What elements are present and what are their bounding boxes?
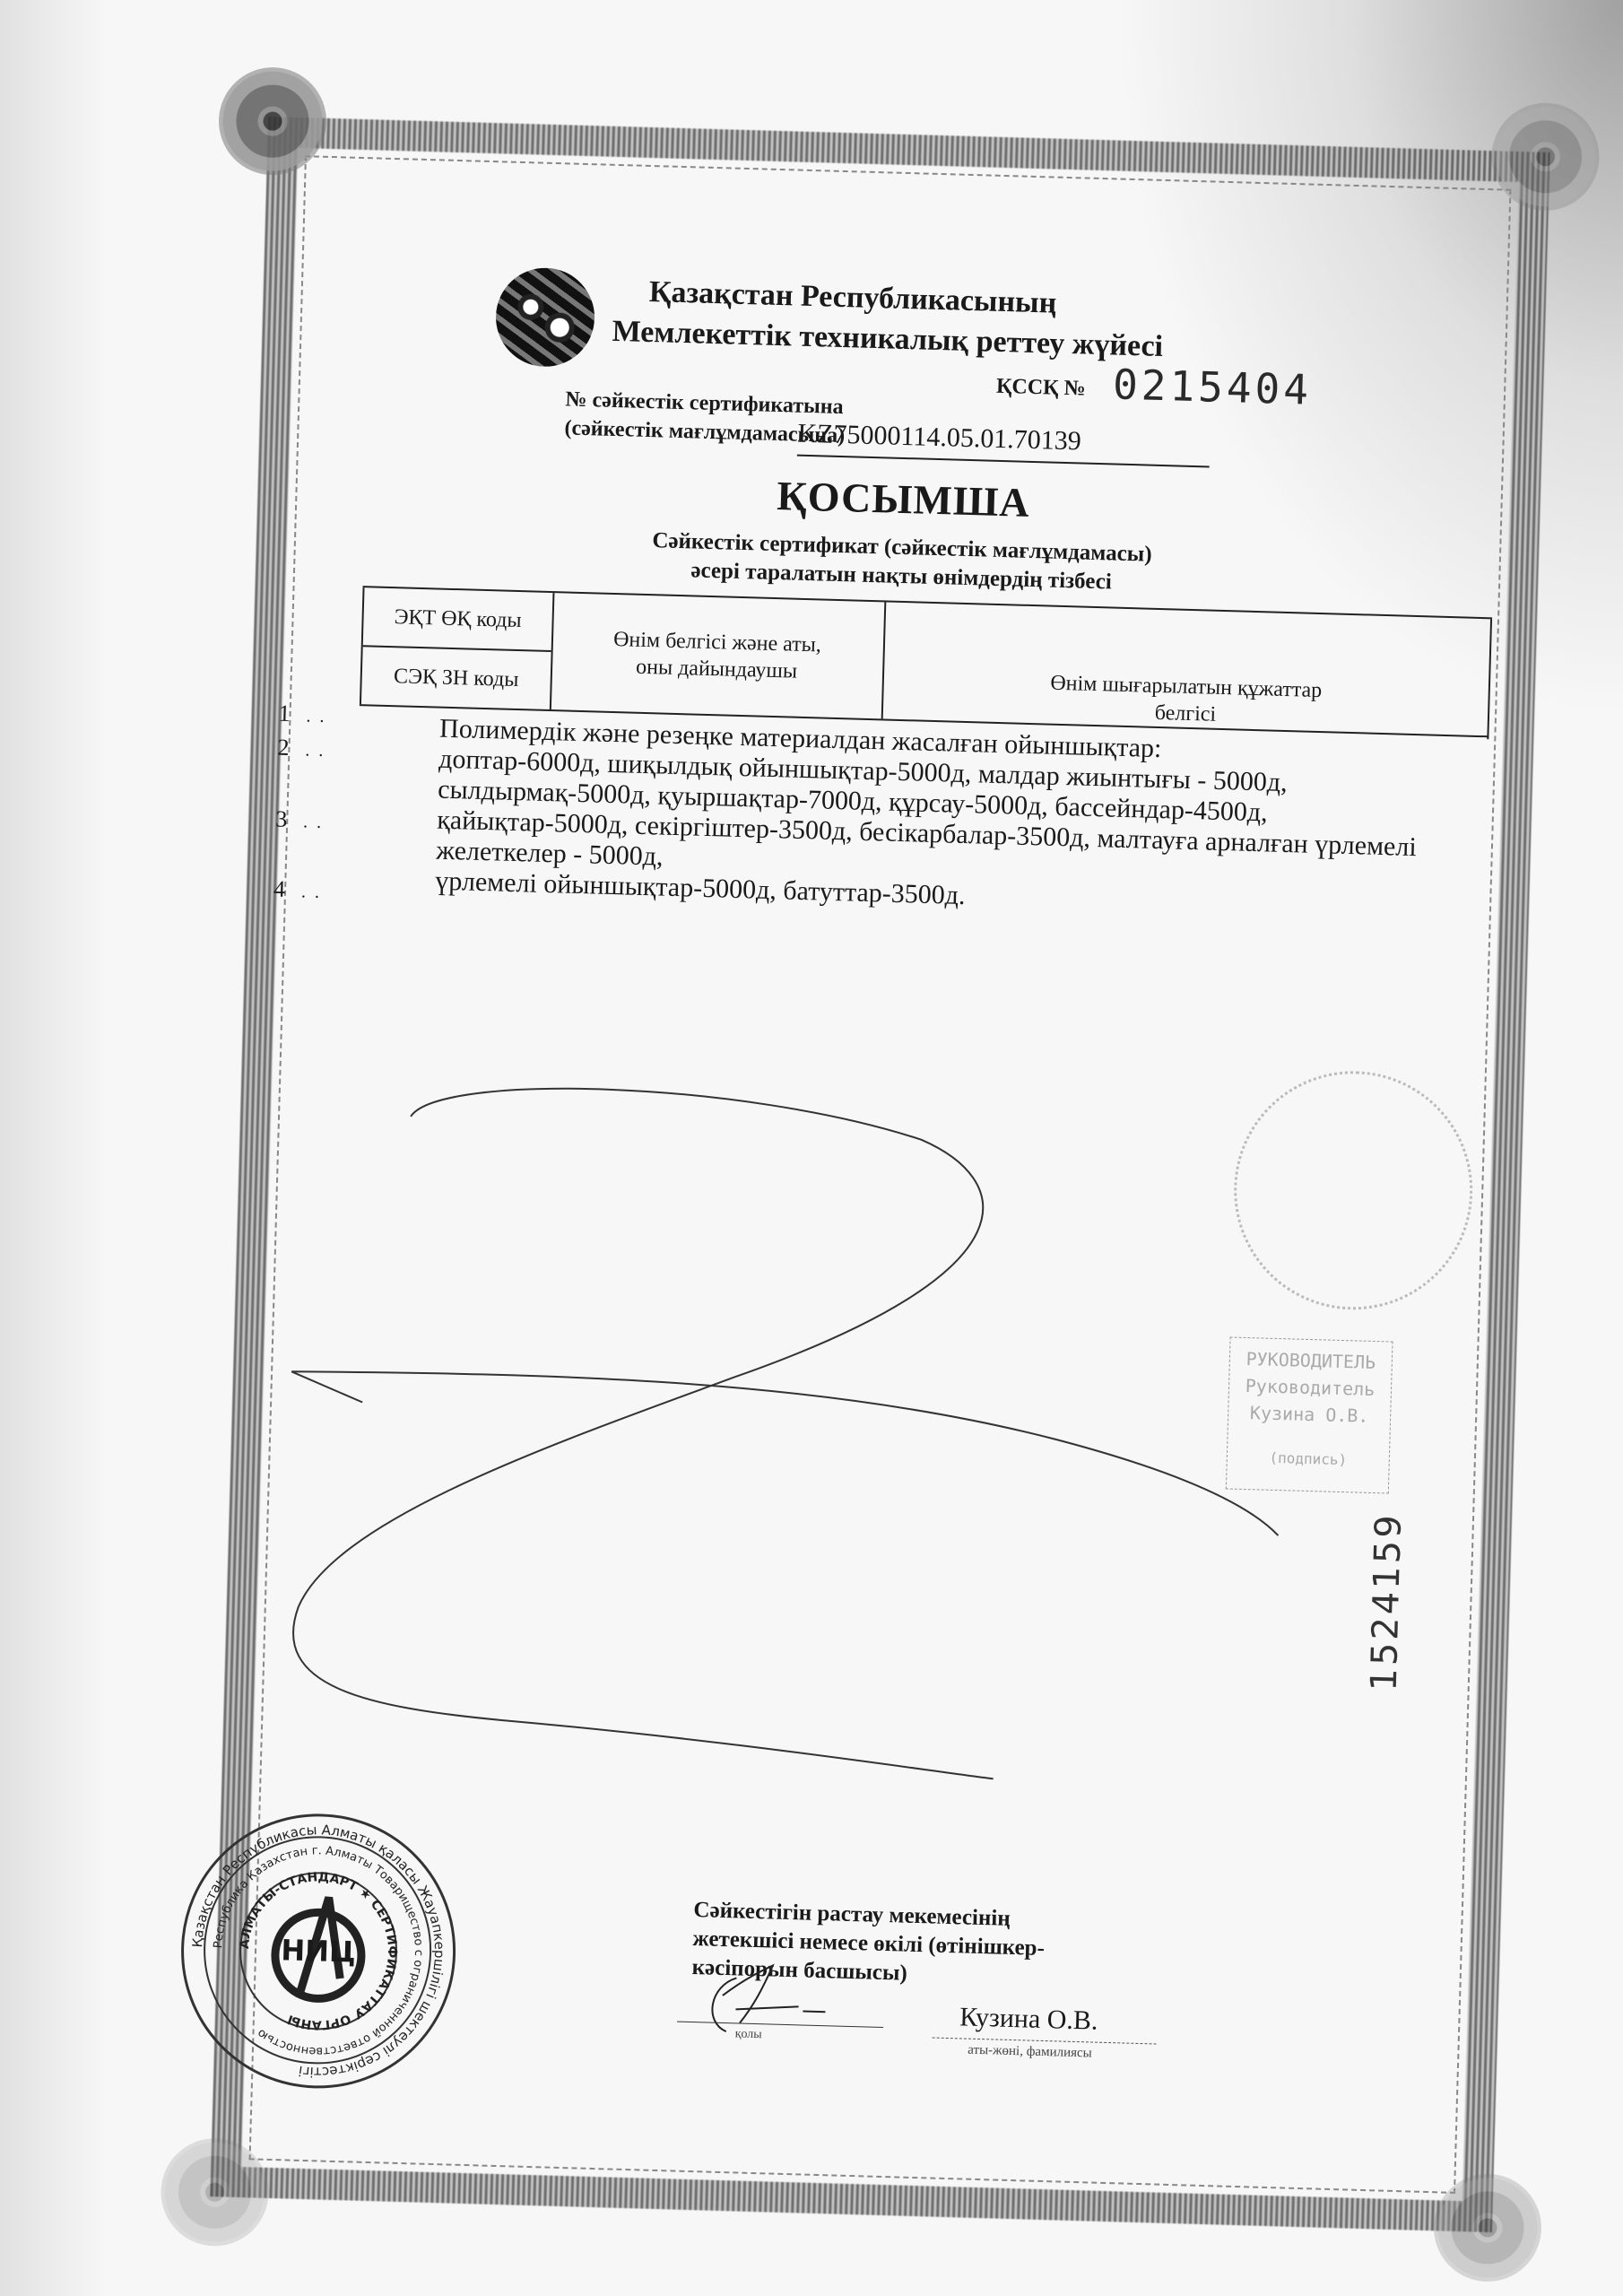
organization-seal: Қазақстан Республикасы Алматы қаласы Жау…: [178, 1810, 459, 2092]
signatory-name: Кузина О.В.: [959, 2002, 1098, 2036]
corner-rosette-icon: [1432, 2172, 1542, 2283]
row-number: 2..: [277, 735, 333, 763]
sek-zn-code-header: СЭҚ ЗН коды: [361, 647, 551, 709]
handwritten-signature: [699, 1959, 844, 2043]
approval-stamp-box: РУКОВОДИТЕЛЬ Руководитель Кузина О.В. (п…: [1226, 1336, 1393, 1493]
documents-header: Өнім шығарылатын құжаттар белгісі: [883, 602, 1492, 739]
stamp-line: (подпись): [1227, 1443, 1389, 1474]
codes-column: ЭҚТ ӨҚ коды СЭҚ ЗН коды: [360, 587, 555, 709]
row-number: 4..: [273, 876, 329, 905]
stamp-line: Кузина О.В.: [1228, 1398, 1391, 1430]
certificate-sheet: Қазақстан Республикасының Мемлекеттік те…: [173, 80, 1586, 2269]
seal-center-mark: НИЦ: [268, 1918, 369, 1984]
signature-label: қолы: [734, 2027, 761, 2042]
product-list: Полимердік және резеңке материалдан жаса…: [435, 714, 1551, 928]
kssk-label: ҚССҚ №: [996, 375, 1086, 402]
serial-number: 1524159: [1364, 1512, 1410, 1692]
kssk-number: 0215404: [1112, 360, 1312, 413]
row-number: 1..: [278, 700, 334, 729]
product-name-header-line-2: оны дайындаушы: [612, 653, 821, 685]
row-number: 3..: [275, 806, 331, 835]
product-name-header: Өнім белгісі және аты, оны дайындаушы: [550, 593, 886, 718]
ekt-ok-code-header: ЭҚТ ӨҚ коды: [363, 587, 553, 652]
